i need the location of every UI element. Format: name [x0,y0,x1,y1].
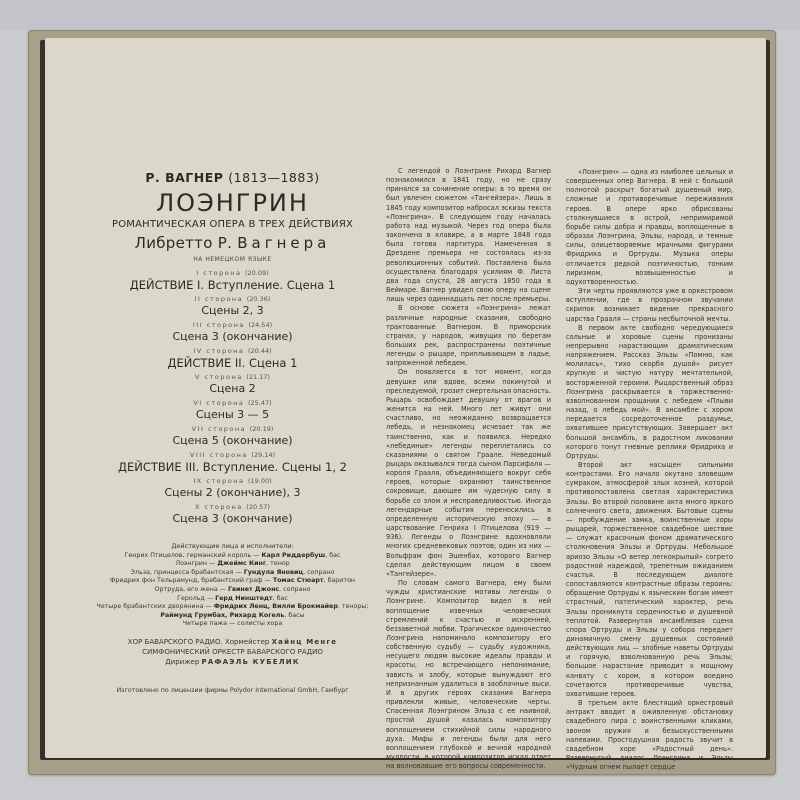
side-content: Сцены 3 — 5 [90,408,375,422]
cast-role: Герольд — [177,595,215,602]
cast-role: Генрих Птицелов, германский король — [125,552,262,559]
cast-row: Ортруда, его жена — Гвинет Джонс, сопран… [90,586,375,595]
side-content: Сцена 3 (окончание) [90,512,375,526]
cast-role: Фридрих фон Тельрамунд, брабантский граф… [110,577,273,584]
composer-line: Р. ВАГНЕР (1813—1883) [90,170,375,185]
composer-name: Р. ВАГНЕР [145,170,223,185]
cast-performer: Томас Стюарт [273,577,324,584]
side-content: ДЕЙСТВИЕ I. Вступление. Сцена 1 [90,278,375,292]
essay-column-right: «Лоэнгрин» — одна из наиболее цельных и … [566,168,733,772]
cast-role: Четыре брабантских дворянина — [97,603,214,610]
side-label: II сторона (20.36) [90,295,375,304]
side-duration: (29.14) [251,451,275,459]
conductor-line: Дирижер РАФАЭЛЬ КУБЕЛИК [90,657,375,667]
side-number: X сторона [195,503,246,511]
side-label: I сторона (20.09) [90,269,375,278]
side-label: V сторона (21.17) [90,373,375,382]
cast-performer: Джеймс Кинг [217,560,266,567]
cast-voice: , теноры; [338,603,369,610]
background-top [0,0,800,30]
essay-paragraph: «Лоэнгрин» — одна из наиболее цельных и … [566,168,733,287]
side-duration: (19.00) [248,477,272,485]
cast-row: Лоэнгрин — Джеймс Кинг, тенор [90,560,375,569]
side-content: Сцена 5 (окончание) [90,434,375,448]
cast-role: Ортруда, его жена — [155,586,228,593]
essay-paragraph: Эти черты проявляются уже в оркестровом … [566,287,733,324]
essay-paragraph: В первом акте свободно чередующиеся соль… [566,324,733,461]
side-number: VIII сторона [190,451,252,459]
cast-performer: Гундула Яновиц [244,569,303,576]
side-label: VIII сторона (29.14) [90,451,375,460]
cast-list: Действующие лица и исполнители: Генрих П… [90,542,375,629]
choir-name: ХОР БАВАРСКОГО РАДИО. Хормейстер [128,638,270,646]
cast-voice: , баритон [324,577,355,584]
cast-row: Фридрих фон Тельрамунд, брабантский граф… [90,577,375,586]
language-note: НА НЕМЕЦКОМ ЯЗЫКЕ [90,256,375,263]
side-duration: (20.09) [245,269,269,277]
cast-voice: , бас [273,595,288,602]
cast-role: Четыре пажа — солисты хора [183,620,282,627]
side-content: Сцены 2 (окончание), 3 [90,486,375,500]
cast-row: Раймунд Грумбах, Рихард Когель, басы [90,612,375,621]
side-duration: (24.54) [248,321,272,329]
cast-row: Четыре пажа — солисты хора [90,620,375,629]
side-number: V сторона [195,373,246,381]
choir-line: ХОР БАВАРСКОГО РАДИО. Хормейстер Хайнц М… [90,637,375,647]
side-duration: (20.19) [250,425,274,433]
cast-voice: , сопрано [303,569,334,576]
libretto-line: Либретто Р. Вагнера [90,234,375,252]
side-duration: (20.57) [246,503,270,511]
side-duration: (25.47) [248,399,272,407]
side-number: IX сторона [193,477,248,485]
side-number: IV сторона [193,347,248,355]
side-content: Сцены 2, 3 [90,304,375,318]
cast-row: Герольд — Герд Нинштедт, бас [90,595,375,604]
side-label: IV сторона (20.44) [90,347,375,356]
side-content: Сцена 2 [90,382,375,396]
side-number: VI сторона [193,399,248,407]
cast-role: Лоэнгрин — [175,560,217,567]
side-duration: (21.17) [246,373,270,381]
side-content: ДЕЙСТВИЕ III. Вступление. Сцены 1, 2 [90,460,375,474]
ensemble-credits: ХОР БАВАРСКОГО РАДИО. Хормейстер Хайнц М… [90,637,375,667]
side-list: I сторона (20.09)ДЕЙСТВИЕ I. Вступление.… [90,269,375,526]
side-label: III сторона (24.54) [90,321,375,330]
title-and-contents-column: Р. ВАГНЕР (1813—1883) ЛОЭНГРИН РОМАНТИЧЕ… [90,170,375,694]
cast-performer: Гвинет Джонс [228,586,279,593]
cast-performer: Фридрих Ленц, Вилли Брокмайер [214,603,338,610]
choirmaster-name: Хайнц Менге [272,638,338,646]
essay-paragraph: В основе сюжета «Лоэнгрина» лежат различ… [386,304,551,368]
conductor-name: РАФАЭЛЬ КУБЕЛИК [202,658,300,666]
cast-performer: Карл Риддербуш [261,552,325,559]
essay-column-middle: С легендой о Лоэнгрине Рихард Вагнер поз… [386,167,551,771]
side-label: VI сторона (25.47) [90,399,375,408]
side-number: VII сторона [192,425,250,433]
essay-paragraph: В третьем акте блестящий оркестровый ант… [566,699,733,772]
side-content: Сцена 3 (окончание) [90,330,375,344]
cast-row: Четыре брабантских дворянина — Фридрих Л… [90,603,375,612]
side-number: II сторона [195,295,247,303]
side-label: VII сторона (20.19) [90,425,375,434]
side-duration: (20.36) [247,295,271,303]
cast-voice: , тенор [266,560,290,567]
cast-voice: , сопрано [279,586,310,593]
libretto-prefix: Либретто Р. [135,234,233,252]
conductor-label: Дирижер [165,658,199,666]
orchestra-name: СИМФОНИЧЕСКИЙ ОРКЕСТР БАВАРСКОГО РАДИО [90,647,375,657]
essay-paragraph: Он появляется в тот момент, когда девушк… [386,368,551,579]
side-number: III сторона [193,321,249,329]
cast-heading: Действующие лица и исполнители: [90,542,375,551]
essay-paragraph: С легендой о Лоэнгрине Рихард Вагнер поз… [386,167,551,304]
cast-voice: , басы [284,612,304,619]
side-number: I сторона [196,269,245,277]
cast-performer: Раймунд Грумбах, Рихард Когель [160,612,284,619]
side-content: ДЕЙСТВИЕ II. Сцена 1 [90,356,375,370]
license-note: Изготовлено по лицензии фирмы Polydor In… [90,687,375,694]
side-label: X сторона (20.57) [90,503,375,512]
cast-roles: Генрих Птицелов, германский король — Кар… [90,552,375,629]
essay-paragraph: По словам самого Вагнера, ему были чужды… [386,579,551,771]
cast-role: Эльза, принцесса брабантская — [131,569,244,576]
composer-years: (1813—1883) [228,170,319,185]
libretto-author: Вагнера [237,234,330,252]
opera-subtitle: РОМАНТИЧЕСКАЯ ОПЕРА В ТРЕХ ДЕЙСТВИЯХ [90,219,375,230]
side-duration: (20.44) [248,347,272,355]
essay-paragraph: Второй акт насыщен сильными контрастами.… [566,461,733,699]
cast-row: Генрих Птицелов, германский король — Кар… [90,552,375,561]
cast-performer: Герд Нинштедт [215,595,272,602]
side-label: IX сторона (19.00) [90,477,375,486]
opera-title: ЛОЭНГРИН [90,189,375,217]
cast-voice: , бас [325,552,340,559]
